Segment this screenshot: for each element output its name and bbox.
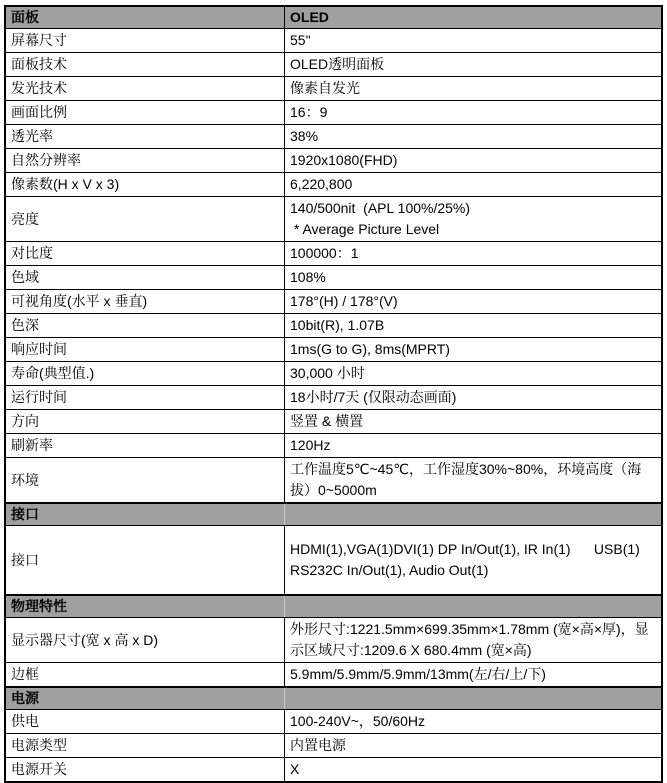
spec-label: 供电 — [6, 710, 285, 733]
table-header-row: 面板OLED — [6, 7, 661, 28]
spec-row: 亮度140/500nit (APL 100%/25%) * Average Pi… — [6, 196, 661, 241]
table-header-label: 面板 — [6, 7, 285, 28]
spec-value: 108% — [285, 266, 661, 289]
spec-row: 画面比例16：9 — [6, 100, 661, 124]
spec-value: OLED透明面板 — [285, 53, 661, 76]
table-header-value: OLED — [285, 7, 661, 28]
spec-row: 像素数(H x V x 3)6,220,800 — [6, 172, 661, 196]
spec-value: 55" — [285, 29, 661, 52]
spec-row: 发光技术像素自发光 — [6, 76, 661, 100]
spec-label: 边框 — [6, 663, 285, 686]
spec-label: 色深 — [6, 314, 285, 337]
spec-value: 外形尺寸:1221.5mm×699.35mm×1.78mm (宽×高×厚)，显示… — [285, 618, 661, 662]
spec-label: 响应时间 — [6, 338, 285, 361]
spec-value: 100000：1 — [285, 242, 661, 265]
spec-value — [285, 688, 661, 709]
spec-row: 环境工作温度5℃~45℃，工作湿度30%~80%，环境高度（海拔）0~5000m — [6, 457, 661, 502]
spec-value: X — [285, 758, 661, 781]
spec-label: 透光率 — [6, 125, 285, 148]
spec-value: 6,220,800 — [285, 173, 661, 196]
section-header-row: 接口 — [6, 502, 661, 525]
spec-label: 运行时间 — [6, 386, 285, 409]
spec-value — [285, 596, 661, 617]
spec-row: 边框5.9mm/5.9mm/5.9mm/13mm(左/右/上/下) — [6, 662, 661, 686]
spec-value-line: 140/500nit (APL 100%/25%) — [290, 198, 656, 219]
spec-row: 色域108% — [6, 265, 661, 289]
spec-label: 画面比例 — [6, 101, 285, 124]
spec-value: 像素自发光 — [285, 77, 661, 100]
spec-row: 响应时间1ms(G to G), 8ms(MPRT) — [6, 337, 661, 361]
section-header-row: 物理特性 — [6, 594, 661, 617]
spec-label: 寿命(典型值.) — [6, 362, 285, 385]
spec-value: 30,000 小时 — [285, 362, 661, 385]
spec-label: 屏幕尺寸 — [6, 29, 285, 52]
spec-value: 18小时/7天 (仅限动态画面) — [285, 386, 661, 409]
spec-row: 可视角度(水平 x 垂直)178°(H) / 178°(V) — [6, 289, 661, 313]
spec-value: 140/500nit (APL 100%/25%) * Average Pict… — [285, 197, 661, 241]
spec-value: 120Hz — [285, 434, 661, 457]
spec-row: 面板技术OLED透明面板 — [6, 52, 661, 76]
spec-label: 自然分辨率 — [6, 149, 285, 172]
spec-value: 10bit(R), 1.07B — [285, 314, 661, 337]
spec-label: 对比度 — [6, 242, 285, 265]
spec-value: 1ms(G to G), 8ms(MPRT) — [285, 338, 661, 361]
spec-row: 透光率38% — [6, 124, 661, 148]
spec-value-line: * Average Picture Level — [290, 219, 656, 240]
spec-row: 电源类型内置电源 — [6, 733, 661, 757]
spec-label: 发光技术 — [6, 77, 285, 100]
spec-label: 方向 — [6, 410, 285, 433]
spec-label: 电源开关 — [6, 758, 285, 781]
spec-value: HDMI(1),VGA(1)DVI(1) DP In/Out(1), IR In… — [285, 526, 661, 594]
spec-row: 刷新率120Hz — [6, 433, 661, 457]
spec-label: 环境 — [6, 458, 285, 502]
spec-label: 面板技术 — [6, 53, 285, 76]
spec-row: 接口HDMI(1),VGA(1)DVI(1) DP In/Out(1), IR … — [6, 525, 661, 594]
spec-value: 16：9 — [285, 101, 661, 124]
spec-label: 可视角度(水平 x 垂直) — [6, 290, 285, 313]
spec-value-line: HDMI(1),VGA(1)DVI(1) DP In/Out(1), IR In… — [290, 539, 656, 560]
spec-row: 供电100-240V~，50/60Hz — [6, 709, 661, 733]
spec-row: 对比度100000：1 — [6, 241, 661, 265]
spec-value: 工作温度5℃~45℃，工作湿度30%~80%，环境高度（海拔）0~5000m — [285, 458, 661, 502]
section-header-row: 电源 — [6, 686, 661, 709]
spec-row: 运行时间18小时/7天 (仅限动态画面) — [6, 385, 661, 409]
spec-value: 5.9mm/5.9mm/5.9mm/13mm(左/右/上/下) — [285, 663, 661, 686]
spec-row: 屏幕尺寸55" — [6, 28, 661, 52]
spec-label: 电源类型 — [6, 734, 285, 757]
spec-value: 内置电源 — [285, 734, 661, 757]
spec-row: 方向竖置 & 横置 — [6, 409, 661, 433]
spec-label: 色域 — [6, 266, 285, 289]
section-title: 电源 — [6, 688, 285, 709]
spec-row: 自然分辨率1920x1080(FHD) — [6, 148, 661, 172]
spec-value: 100-240V~，50/60Hz — [285, 710, 661, 733]
spec-value: 178°(H) / 178°(V) — [285, 290, 661, 313]
spec-row: 电源开关X — [6, 757, 661, 781]
section-title: 接口 — [6, 504, 285, 525]
spec-value: 竖置 & 横置 — [285, 410, 661, 433]
spec-label: 显示器尺寸(宽 x 高 x D) — [6, 618, 285, 662]
spec-label: 像素数(H x V x 3) — [6, 173, 285, 196]
spec-table: 面板OLED屏幕尺寸55"面板技术OLED透明面板发光技术像素自发光画面比例16… — [4, 5, 663, 783]
spec-row: 寿命(典型值.)30,000 小时 — [6, 361, 661, 385]
spec-value: 1920x1080(FHD) — [285, 149, 661, 172]
spec-row: 色深10bit(R), 1.07B — [6, 313, 661, 337]
section-title: 物理特性 — [6, 596, 285, 617]
spec-row: 显示器尺寸(宽 x 高 x D)外形尺寸:1221.5mm×699.35mm×1… — [6, 617, 661, 662]
spec-value — [285, 504, 661, 525]
spec-label: 接口 — [6, 526, 285, 594]
spec-value: 38% — [285, 125, 661, 148]
spec-label: 亮度 — [6, 197, 285, 241]
spec-label: 刷新率 — [6, 434, 285, 457]
spec-value-line: RS232C In/Out(1), Audio Out(1) — [290, 560, 656, 581]
